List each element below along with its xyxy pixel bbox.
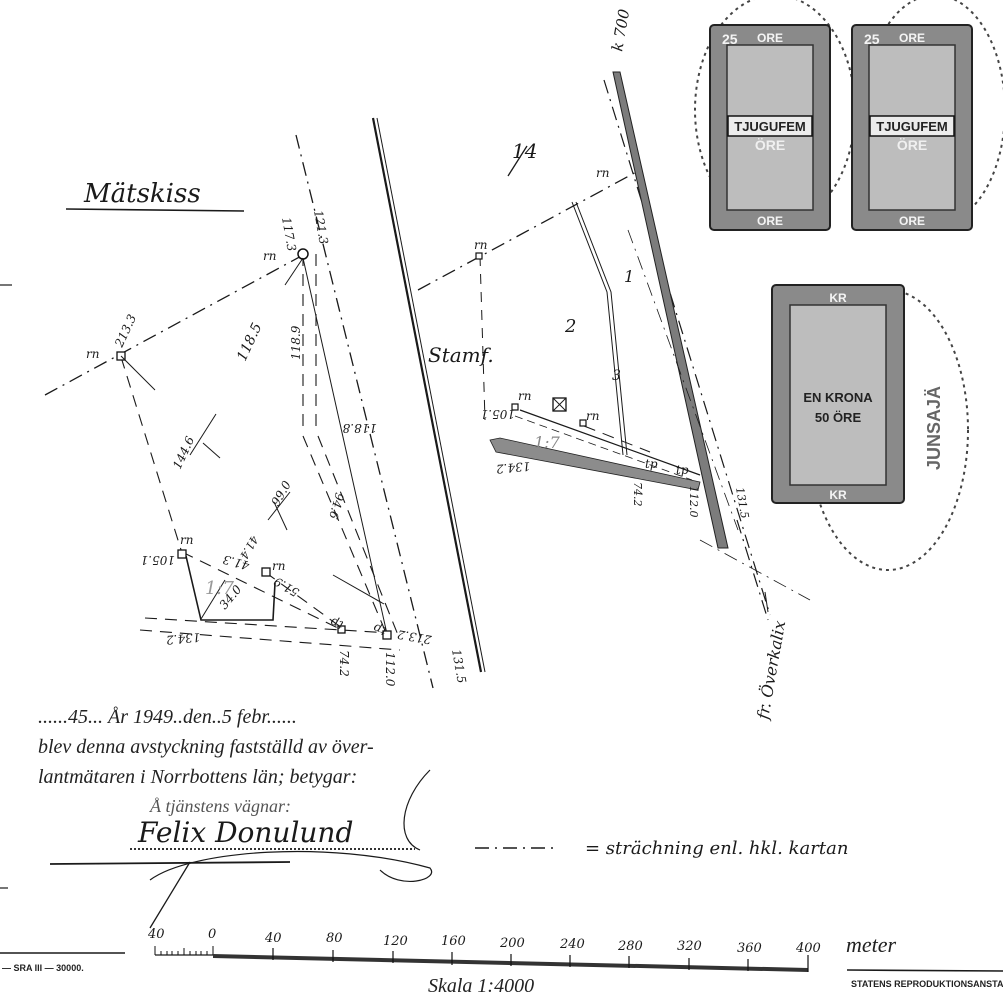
map-title: Mätskiss bbox=[66, 179, 244, 211]
cert-number: 45 bbox=[68, 706, 88, 728]
cert-year-digit: 9 bbox=[163, 706, 173, 728]
rn-label: rn bbox=[263, 249, 276, 263]
stamf-road-line bbox=[373, 118, 485, 672]
parcel-2: 2 bbox=[564, 316, 576, 337]
parcel-1: 1 bbox=[624, 267, 634, 286]
rn-label: rn bbox=[596, 166, 609, 180]
scale-tick: 40 bbox=[147, 927, 165, 942]
stamp-3-top: KR bbox=[829, 291, 847, 305]
road-km-marker: k 700 bbox=[608, 7, 633, 52]
stamp-1-denomination: 25 bbox=[722, 31, 738, 47]
tp-label: tp bbox=[676, 463, 689, 477]
survey-sketch-map: Mätskiss bbox=[0, 0, 1003, 998]
stamp-1-top: ORE bbox=[757, 31, 783, 45]
road-tail bbox=[737, 520, 768, 620]
stamp-2-top: ORE bbox=[899, 31, 925, 45]
postmark-text: JUNSAJÄ bbox=[924, 386, 944, 470]
rn-label: rn bbox=[86, 347, 99, 361]
measure-112-0-right: 112.0 bbox=[687, 486, 700, 518]
footer-code: — SRA III — 30000. bbox=[2, 963, 84, 973]
survey-point-rn bbox=[298, 249, 308, 259]
scale-tick: 400 bbox=[795, 941, 821, 956]
measure-134-2: 134.2 bbox=[166, 630, 201, 647]
cert-line-2: blev denna avstyckning fastställd av öve… bbox=[38, 736, 374, 758]
rn-label: rn bbox=[474, 238, 487, 252]
scale-tick: 120 bbox=[383, 934, 408, 949]
scale-unit: meter bbox=[846, 932, 897, 957]
scale-tick: 40 bbox=[264, 931, 282, 946]
rn-label: rn bbox=[586, 409, 599, 423]
parcel-14: 14 bbox=[512, 139, 537, 163]
scale-tick: 360 bbox=[737, 941, 762, 956]
parcel-area-17: 1:7 bbox=[534, 433, 561, 452]
stamf-label: Stamf. bbox=[428, 343, 494, 367]
measure-213-3: 213.3 bbox=[112, 312, 140, 350]
cert-day-label: den bbox=[183, 706, 212, 728]
scale-tick: 160 bbox=[441, 934, 466, 949]
measure-213-2: 213.2 bbox=[396, 627, 433, 647]
measure-144-6: 144.6 bbox=[170, 434, 197, 471]
margin-marks bbox=[0, 285, 12, 888]
stamp-1-bottom: ORE bbox=[757, 214, 783, 228]
rn-label: rn bbox=[272, 559, 285, 573]
survey-point-rn bbox=[178, 550, 186, 558]
stamp-2-value-text: TJUGUFEM bbox=[876, 119, 948, 134]
measure-112-0: 112.0 bbox=[383, 652, 397, 687]
rn-label: rn bbox=[518, 389, 531, 403]
measure-94-6: 94.6 bbox=[326, 491, 347, 521]
signature: Felix Donulund bbox=[137, 816, 353, 849]
stamp-1-value-text: TJUGUFEM bbox=[734, 119, 806, 134]
cert-month: febr bbox=[237, 706, 269, 728]
cert-line-1: ......45... År 1949..den..5 febr...... bbox=[38, 706, 297, 728]
measure-117-3: 117.3 bbox=[279, 216, 299, 253]
stamp-1-ore: ÖRE bbox=[755, 137, 785, 153]
revenue-stamp-2: TJUGUFEM ÖRE ORE ORE 25 bbox=[852, 0, 1003, 230]
measure-99-0: 99.0 bbox=[268, 478, 294, 508]
measure-74-2-right: 74.2 bbox=[631, 482, 644, 507]
boundary-lines bbox=[45, 80, 810, 688]
scale-bar: 40 0 40 80 120 160 200 240 280 320 360 4… bbox=[147, 927, 897, 997]
measure-118-8: 118.8 bbox=[342, 421, 377, 435]
measure-51-9: 51.9 bbox=[271, 574, 301, 600]
boxed-x-marker bbox=[553, 398, 566, 411]
scale-tick: 240 bbox=[559, 937, 585, 952]
scale-caption: Skala 1:4000 bbox=[428, 975, 534, 997]
stamp-2-ore: ÖRE bbox=[897, 137, 927, 153]
revenue-stamp-3: EN KRONA 50 ÖRE KR KR JUNSAJÄ bbox=[772, 285, 968, 570]
cert-day: 5 bbox=[222, 706, 232, 728]
parcel-boundary-double bbox=[572, 202, 627, 455]
measure-105-1-right: 105.1 bbox=[481, 407, 515, 421]
road-to-overkalix: fr. Överkalix bbox=[752, 619, 789, 722]
parcel-3: 3 bbox=[612, 368, 621, 384]
measure-118-5: 118.5 bbox=[234, 321, 265, 364]
measure-118-9: 118.9 bbox=[289, 325, 303, 360]
legend-text: = strächning enl. hkl. kartan bbox=[585, 838, 848, 859]
scale-tick: 0 bbox=[208, 927, 216, 942]
scale-tick: 280 bbox=[617, 939, 643, 954]
measure-121-3: 121.3 bbox=[311, 209, 331, 246]
measurement-values: 213.3 117.3 121.3 118.5 118.9 118.8 144.… bbox=[112, 209, 752, 687]
title-text: Mätskiss bbox=[83, 179, 201, 209]
measure-131-5: 131.5 bbox=[449, 648, 469, 684]
stamp-3-ore: 50 ÖRE bbox=[815, 410, 862, 425]
rn-label: rn bbox=[180, 533, 193, 547]
measure-134-2-right: 134.2 bbox=[496, 459, 531, 476]
cert-line-4: Å tjänstens vägnar: bbox=[149, 796, 291, 816]
scale-tick: 80 bbox=[326, 931, 343, 946]
measure-105-1: 105.1 bbox=[141, 553, 175, 567]
scale-tick: 320 bbox=[677, 939, 702, 954]
stamp-2-denomination: 25 bbox=[864, 31, 880, 47]
cert-year-label: År 194 bbox=[106, 706, 163, 728]
footer-publisher: STATENS REPRODUKTIONSANSTALT bbox=[851, 979, 1003, 989]
legend: = strächning enl. hkl. kartan bbox=[475, 838, 848, 859]
survey-point-rn bbox=[262, 568, 270, 576]
tp-label: tp bbox=[645, 457, 658, 471]
scale-tick: 200 bbox=[499, 936, 525, 951]
measure-74-2: 74.2 bbox=[337, 650, 351, 677]
measure-131-5-right: 131.5 bbox=[733, 486, 751, 519]
revenue-stamp-1: TJUGUFEM ÖRE ORE ORE 25 bbox=[695, 0, 855, 230]
survey-point-rn bbox=[476, 253, 482, 259]
stamp-3-value-text: EN KRONA bbox=[803, 390, 873, 405]
certification-block: ......45... År 1949..den..5 febr...... b… bbox=[38, 706, 432, 928]
stamp-2-bottom: ORE bbox=[899, 214, 925, 228]
stamp-3-bottom: KR bbox=[829, 488, 847, 502]
cert-line-3: lantmätaren i Norrbottens län; betygar: bbox=[38, 766, 357, 788]
